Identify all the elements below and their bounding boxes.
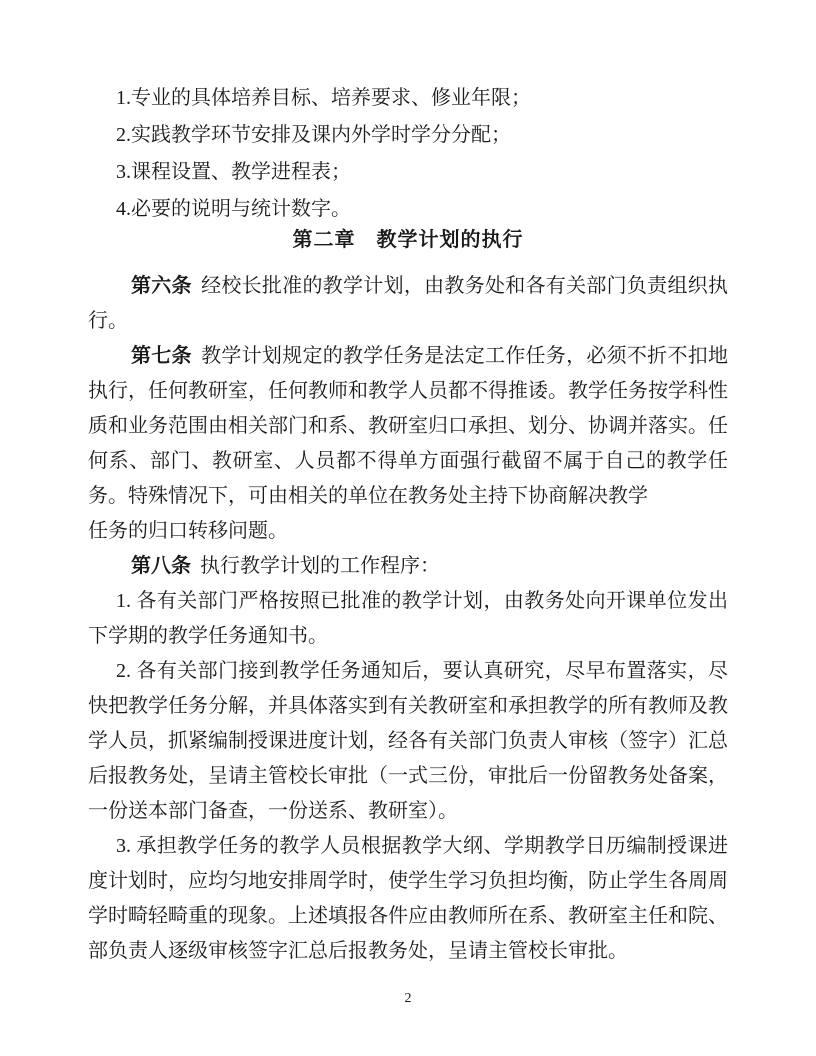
intro-list-item-2: 2.实践教学环节安排及课内外学时学分分配； xyxy=(88,117,728,154)
article-7-text: 教学计划规定的教学任务是法定工作任务，必须不折不扣地执行，任何教研室，任何教师和… xyxy=(88,345,728,507)
procedure-item-3: 3. 承担教学任务的教学人员根据教学大纲、学期教学日历编制授课进度计划时，应均匀… xyxy=(88,829,728,969)
article-7-label: 第七条 xyxy=(131,345,192,367)
page-number: 2 xyxy=(0,991,816,1007)
intro-list-item-1: 1.专业的具体培养目标、培养要求、修业年限； xyxy=(88,80,728,117)
document-content: 1.专业的具体培养目标、培养要求、修业年限； 2.实践教学环节安排及课内外学时学… xyxy=(88,0,728,969)
document-page: 1.专业的具体培养目标、培养要求、修业年限； 2.实践教学环节安排及课内外学时学… xyxy=(0,0,816,1056)
article-8-text: 执行教学计划的工作程序： xyxy=(195,555,440,577)
procedure-item-1: 1. 各有关部门严格按照已批准的教学计划，由教务处向开课单位发出下学期的教学任务… xyxy=(88,584,728,654)
article-8-paragraph: 第八条 执行教学计划的工作程序： xyxy=(88,549,728,584)
article-6-label: 第六条 xyxy=(131,275,192,297)
article-6-paragraph: 第六条 经校长批准的教学计划，由教务处和各有关部门负责组织执行。 xyxy=(88,269,728,339)
article-8-label: 第八条 xyxy=(131,555,191,577)
procedure-item-2: 2. 各有关部门接到教学任务通知后，要认真研究，尽早布置落实，尽快把教学任务分解… xyxy=(88,654,728,829)
article-7-paragraph: 第七条 教学计划规定的教学任务是法定工作任务，必须不折不扣地执行，任何教研室，任… xyxy=(88,339,728,549)
article-7-text-continued: 任务的归口转移问题。 xyxy=(88,520,288,542)
chapter-heading: 第二章 教学计划的执行 xyxy=(88,228,728,252)
intro-list-item-3: 3.课程设置、教学进程表； xyxy=(88,154,728,191)
intro-list-item-4: 4.必要的说明与统计数字。 xyxy=(88,191,728,228)
